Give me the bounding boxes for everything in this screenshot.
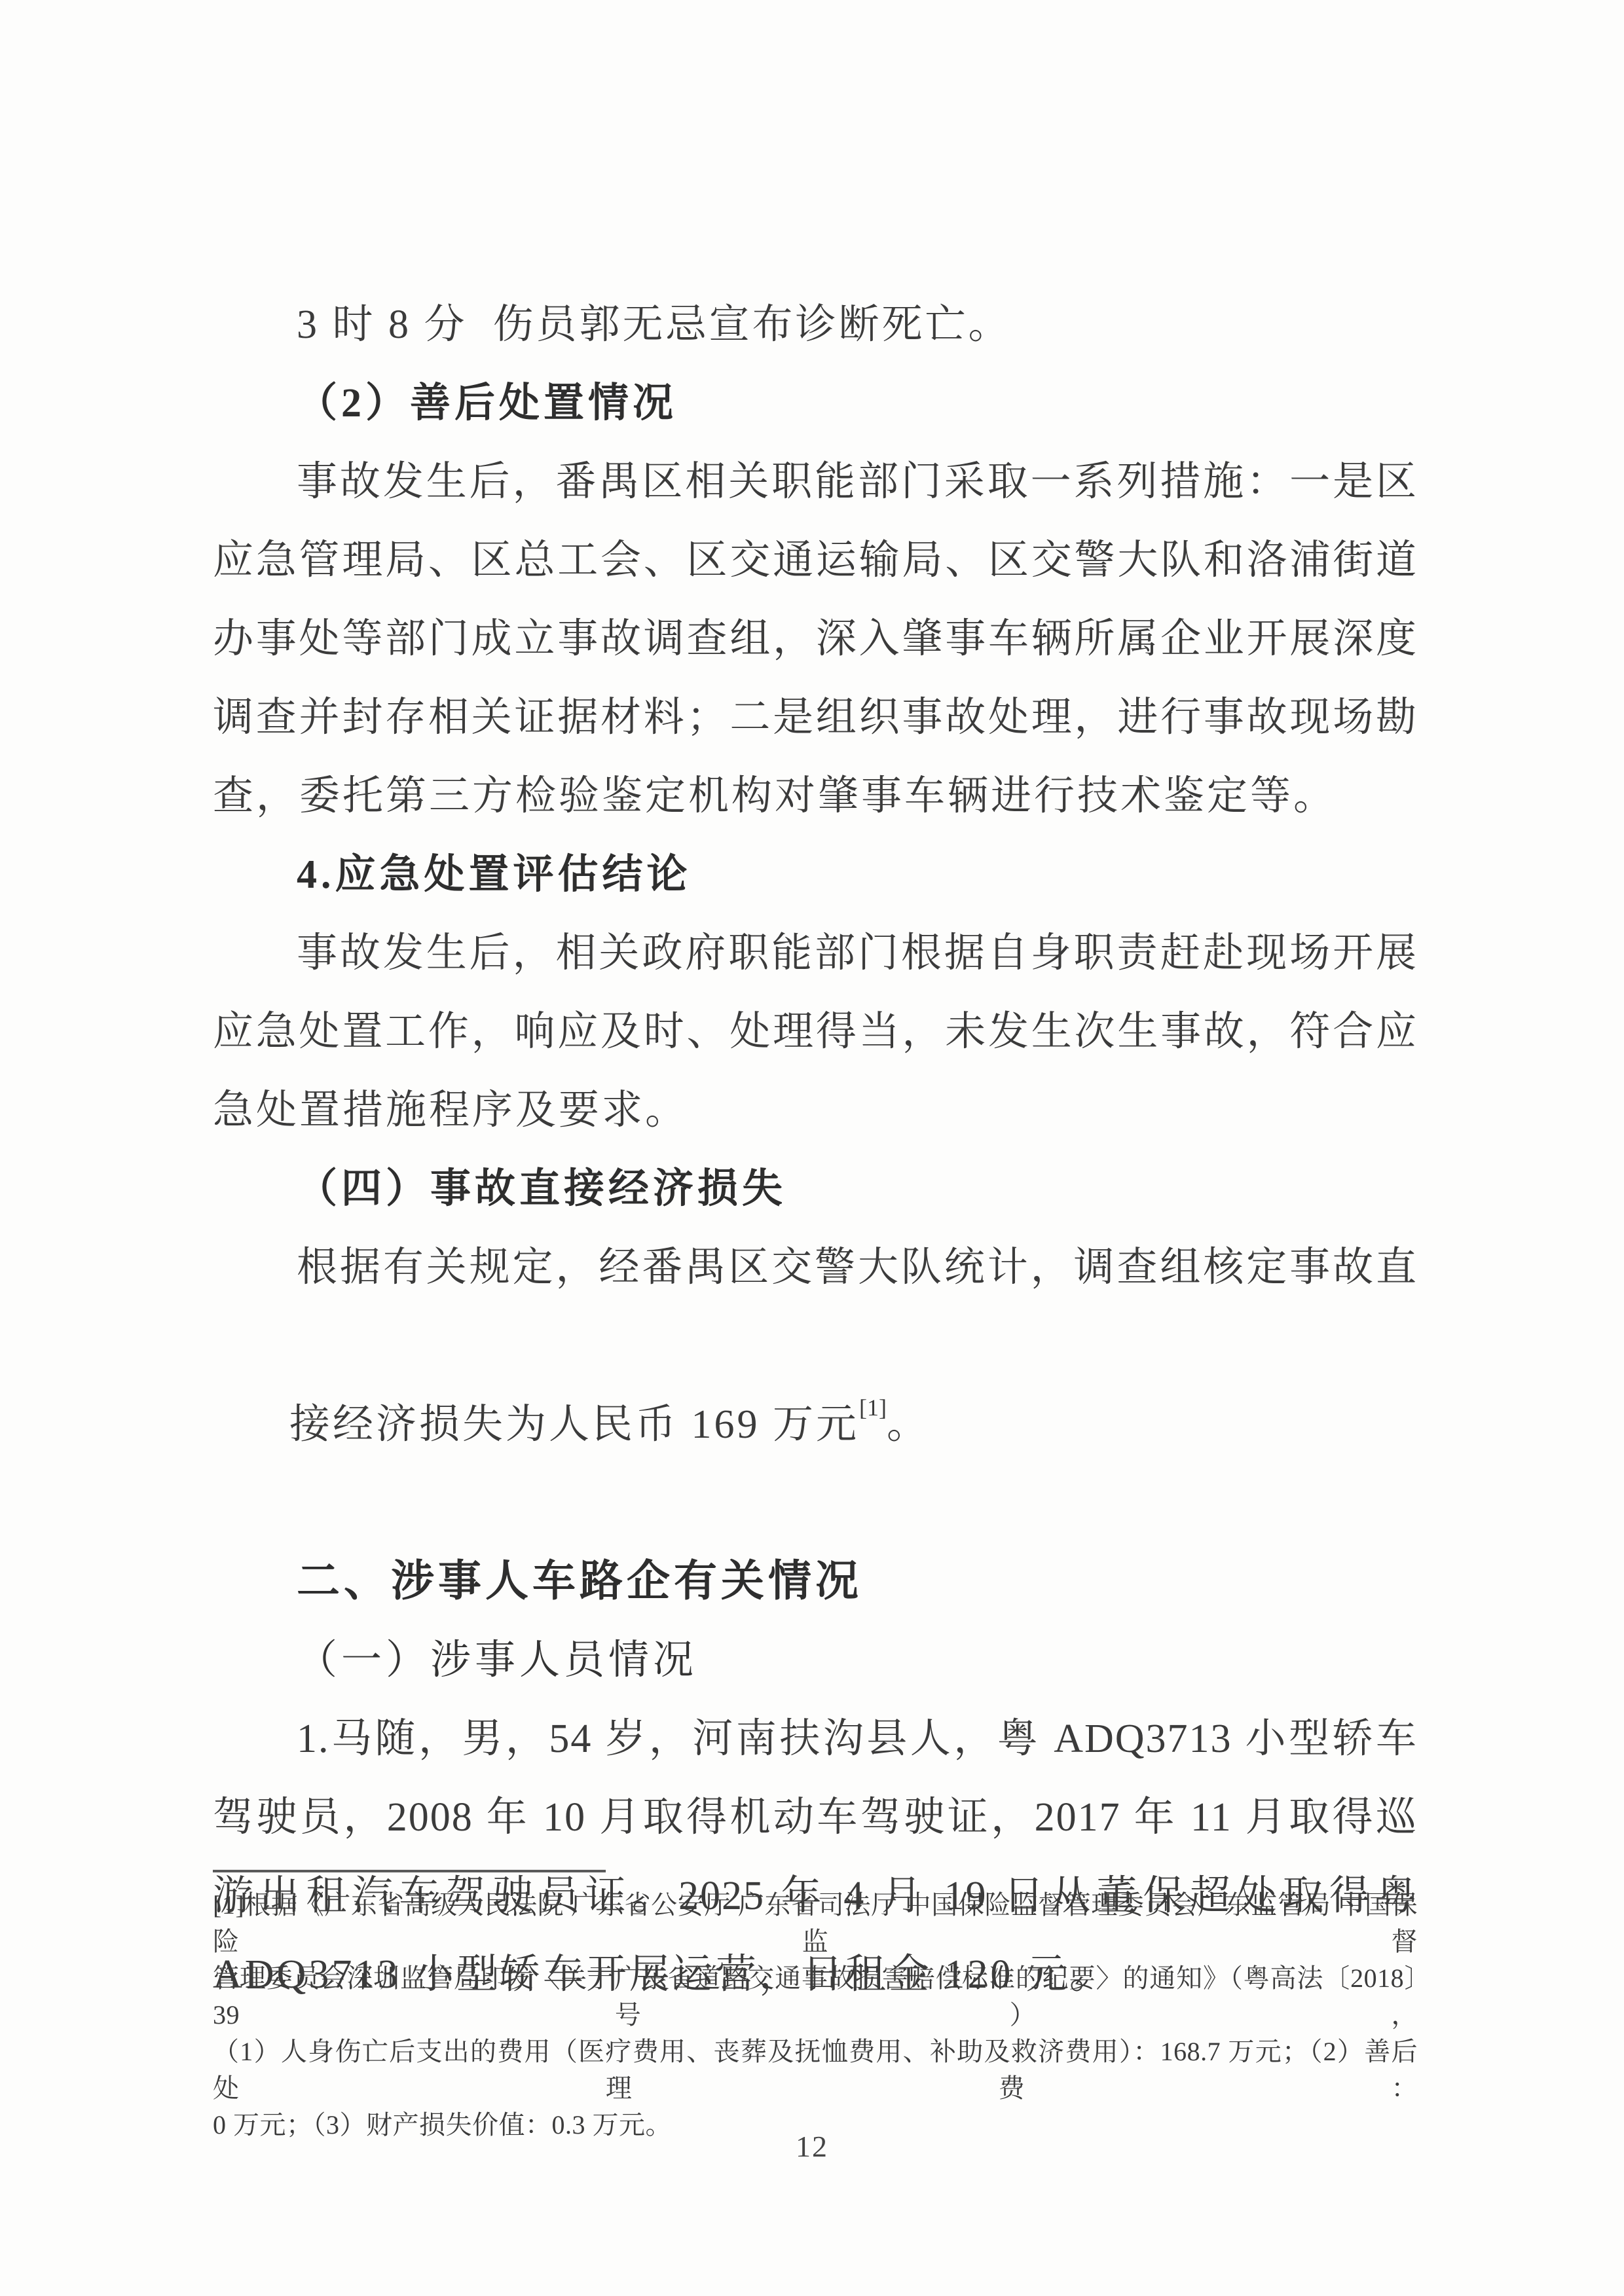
body-line: 查，委托第三方检验鉴定机构对肇事车辆进行技术鉴定等。 <box>213 757 1418 835</box>
body-line: 1.马随，男，54 岁，河南扶沟县人，粤 ADQ3713 小型轿车 <box>213 1700 1418 1778</box>
section-heading: （2）善后处置情况 <box>213 364 1418 443</box>
body-line: 根据有关规定，经番禺区交警大队统计，调查组核定事故直 <box>213 1228 1418 1307</box>
body-line: 办事处等部门成立事故调查组，深入肇事车辆所属企业开展深度 <box>213 600 1418 678</box>
footnote-reference: [1] <box>859 1394 887 1421</box>
footnote-line: [1]根据《广东省高级人民法院 广东省公安厅 广东省司法厅 中国保险监督管理委员… <box>213 1887 1418 1960</box>
body-line-text: 。 <box>887 1402 930 1447</box>
body-line: 急处置措施程序及要求。 <box>213 1071 1418 1150</box>
section-heading: 4.应急处置评估结论 <box>213 835 1418 914</box>
body-line: 事故发生后，相关政府职能部门根据自身职责赶赴现场开展 <box>213 914 1418 993</box>
document-body: 3 时 8 分 伤员郭无忌宣布诊断死亡。 （2）善后处置情况 事故发生后，番禺区… <box>213 285 1418 2014</box>
footnote-line: （1）人身伤亡后支出的费用（医疗费用、丧葬及抚恤费用、补助及救济费用）：168.… <box>213 2033 1418 2107</box>
subsection-heading: （四）事故直接经济损失 <box>213 1150 1418 1228</box>
body-line: 3 时 8 分 伤员郭无忌宣布诊断死亡。 <box>213 285 1418 364</box>
footnote-line: 管理委员会深圳监管局印发〈关于广东省道路交通事故损害赔偿标准的纪要〉的通知》（粤… <box>213 1960 1418 2033</box>
body-line: 事故发生后，番禺区相关职能部门采取一系列措施：一是区 <box>213 443 1418 521</box>
body-line: 驾驶员，2008 年 10 月取得机动车驾驶证，2017 年 11 月取得巡 <box>213 1778 1418 1857</box>
body-line: 调查并封存相关证据材料；二是组织事故处理，进行事故现场勘 <box>213 678 1418 757</box>
chapter-heading: 二、涉事人车路企有关情况 <box>213 1542 1418 1621</box>
body-line: 应急管理局、区总工会、区交通运输局、区交警大队和洛浦街道 <box>213 521 1418 600</box>
footnote-separator <box>213 1870 606 1872</box>
body-line-with-footnote-ref: 接经济损失为人民币 169 万元[1]。 <box>213 1307 1418 1542</box>
body-line-text: 接经济损失为人民币 169 万元 <box>289 1402 859 1447</box>
footnote: [1]根据《广东省高级人民法院 广东省公安厅 广东省司法厅 中国保险监督管理委员… <box>213 1887 1418 2143</box>
page-number: 12 <box>0 2129 1624 2164</box>
document-page: 3 时 8 分 伤员郭无忌宣布诊断死亡。 （2）善后处置情况 事故发生后，番禺区… <box>0 0 1624 2296</box>
body-line: 应急处置工作，响应及时、处理得当，未发生次生事故，符合应 <box>213 993 1418 1071</box>
subsection-heading: （一）涉事人员情况 <box>213 1621 1418 1700</box>
